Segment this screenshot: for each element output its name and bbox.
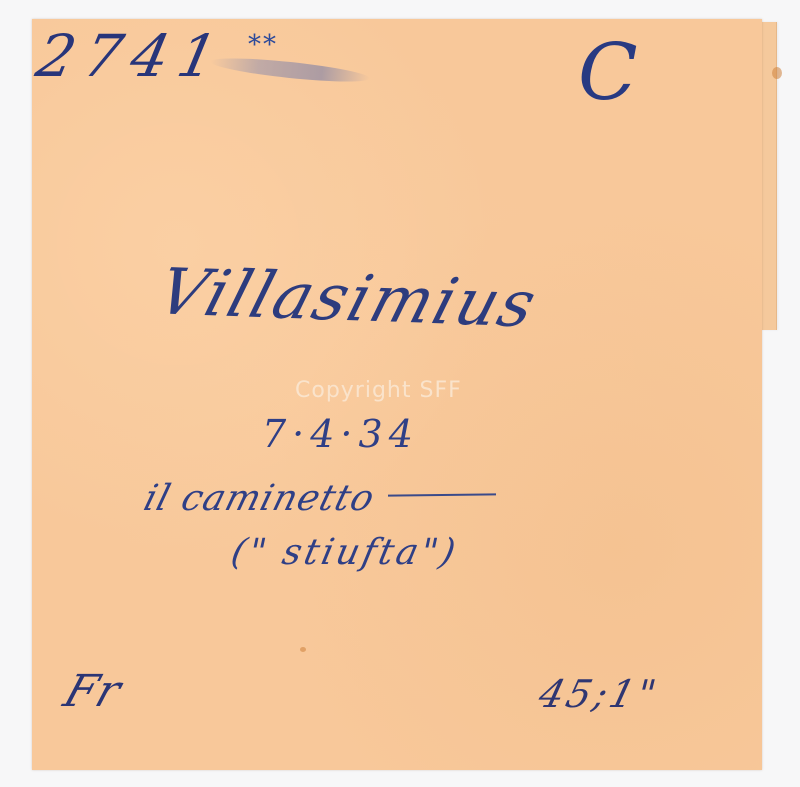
local-name-text: (" stiufta") — [228, 532, 462, 573]
catalog-number: 2741 — [31, 22, 233, 90]
star-marks-icon: ** — [248, 30, 278, 60]
paper-stain — [300, 647, 306, 652]
collection-date: 7·4·34 — [262, 412, 419, 456]
paper-stain — [772, 67, 782, 79]
locality-text: Villasimius — [150, 256, 546, 342]
scan-background: 2741 ** C Villasimius Copyright SFF 7·4·… — [0, 0, 800, 787]
category-letter: C — [578, 28, 639, 118]
copyright-watermark: Copyright SFF — [295, 378, 462, 403]
measurement-text: 45;1" — [535, 672, 664, 716]
habitat-text: il caminetto — [140, 478, 380, 519]
